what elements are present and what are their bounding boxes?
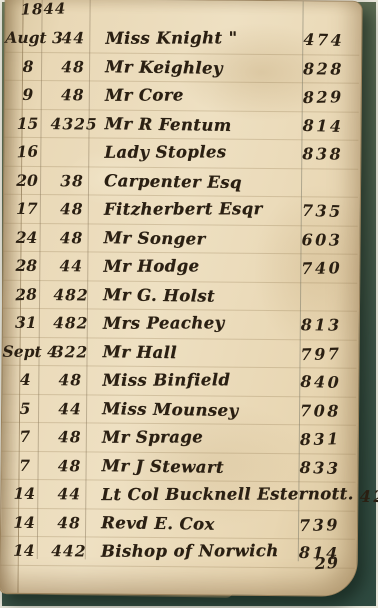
entry-reference: 838: [296, 145, 358, 165]
entry-name: Mr Hodge: [93, 256, 295, 276]
entry-name: Revd E. Cox: [91, 513, 293, 535]
entry-number: 44: [49, 256, 93, 275]
entry-name: Miss Knight ": [95, 28, 297, 48]
entry-number: 44: [51, 28, 95, 47]
entry-number: 48: [50, 199, 94, 218]
entry-date: 16: [4, 141, 51, 162]
entry-reference: 422: [354, 487, 378, 507]
year-heading: 1844: [20, 0, 66, 19]
entry-reference: [295, 296, 357, 298]
entry-number: 48: [50, 228, 94, 247]
entry-date: 31: [3, 313, 49, 332]
ledger-row: 7 48 Mr Sprage 831: [2, 423, 356, 455]
ledger-row: 8 48 Mr Keighley 828: [5, 52, 359, 84]
entry-reference: 474: [297, 30, 359, 51]
entry-reference: 814: [296, 115, 358, 136]
entry-date: 17: [4, 199, 50, 218]
entry-date: 7: [2, 455, 48, 474]
ledger-row: 14 48 Revd E. Cox 739: [1, 508, 355, 540]
entry-number: 322: [49, 342, 93, 361]
ledger-row: 5 44 Miss Mounsey 708: [2, 394, 356, 426]
entry-name: Mr Songer: [93, 228, 295, 250]
ledger-row: 31 482 Mrs Peachey 813: [3, 309, 357, 341]
ledger-row: 9 48 Mr Core 829: [5, 81, 359, 113]
entry-name: Lt Col Bucknell Esternott.: [91, 484, 353, 504]
entry-date: 4: [2, 370, 48, 389]
entry-number: 442: [47, 541, 91, 560]
entry-name: Mr G. Holst: [93, 285, 295, 307]
ledger-rows: Augt 3 44 Miss Knight " 474 8 48 Mr Keig…: [1, 24, 360, 569]
entry-date: 7: [1, 426, 48, 447]
ledger-row: 28 482 Mr G. Holst: [3, 280, 357, 312]
entry-name: Mr Hall: [92, 342, 294, 364]
entry-name: Miss Binfield: [92, 370, 294, 390]
entry-name: Mr R Fentum: [94, 114, 296, 136]
ledger-row: 16 Lady Stoples 838: [4, 138, 358, 170]
entry-number: 4325: [51, 114, 95, 133]
ledger-row: 24 48 Mr Songer 603: [3, 223, 357, 255]
entry-number: 44: [48, 399, 92, 418]
entry-reference: 739: [293, 514, 355, 535]
ledger-page: 1844 Augt 3 44 Miss Knight " 474 8 48 Mr…: [0, 0, 363, 597]
entry-name: Mr J Stewart: [91, 456, 293, 478]
entry-number: 44: [47, 484, 91, 503]
entry-name: Bishop of Norwich: [91, 541, 293, 561]
entry-number: 482: [49, 313, 93, 332]
ledger-row: Augt 3 44 Miss Knight " 474: [5, 24, 359, 56]
entry-date: Sept 4: [3, 341, 49, 360]
ledger-row: 15 4325 Mr R Fentum 814: [4, 109, 358, 141]
entry-number: 48: [48, 456, 92, 475]
entry-number: 38: [50, 171, 94, 190]
entry-reference: 829: [297, 87, 359, 108]
entry-reference: 603: [296, 230, 358, 250]
entry-name: Mr Core: [95, 85, 297, 105]
entry-name: Mr Sprage: [92, 427, 294, 447]
entry-name: Mr Keighley: [95, 57, 297, 79]
entry-number: 482: [49, 285, 93, 304]
entry-reference: 735: [296, 201, 358, 222]
entry-number: 48: [48, 427, 92, 446]
entry-date: Augt 3: [5, 28, 51, 47]
entry-date: 28: [3, 256, 49, 275]
entry-name: Carpenter Esq: [94, 171, 296, 193]
entry-date: 14: [1, 484, 47, 503]
entry-reference: 740: [295, 258, 357, 279]
ledger-row: Sept 4 322 Mr Hall 797: [2, 337, 356, 369]
ledger-row: 14 442 Bishop of Norwich 814: [1, 537, 355, 569]
entry-number: 48: [48, 370, 92, 389]
entry-reference: 813: [295, 316, 357, 336]
entry-reference: 840: [294, 372, 356, 393]
entry-date: 15: [5, 113, 51, 132]
entry-reference: 831: [294, 429, 356, 450]
entry-date: 5: [2, 398, 48, 417]
entry-date: 20: [4, 170, 50, 189]
ledger-row: 20 38 Carpenter Esq: [4, 166, 358, 198]
entry-name: Miss Mounsey: [92, 399, 294, 421]
entry-date: 28: [3, 284, 50, 305]
entry-name: Mrs Peachey: [93, 313, 295, 333]
ledger-row: 28 44 Mr Hodge 740: [3, 252, 357, 284]
ledger-row: 14 44 Lt Col Bucknell Esternott. 422: [1, 480, 355, 512]
entry-reference: 797: [294, 343, 356, 364]
entry-date: 9: [5, 85, 51, 104]
entry-number: 48: [47, 513, 91, 532]
entry-date: 14: [1, 512, 47, 531]
scan-background: 1844 Augt 3 44 Miss Knight " 474 8 48 Mr…: [0, 0, 378, 608]
entry-date: 24: [4, 227, 50, 246]
entry-number: 48: [51, 57, 95, 76]
ledger-row: 7 48 Mr J Stewart 833: [1, 451, 355, 483]
entry-date: 8: [5, 56, 51, 75]
entry-reference: 828: [297, 59, 359, 79]
entry-date: 14: [1, 541, 47, 560]
ledger-row: 17 48 Fitzherbert Esqr 735: [4, 195, 358, 227]
entry-name: Lady Stoples: [94, 142, 296, 162]
ledger-row: 4 48 Miss Binfield 840: [2, 366, 356, 398]
entry-reference: 833: [293, 457, 355, 478]
page-number: 29: [314, 553, 339, 573]
entry-number: 48: [51, 85, 95, 104]
entry-name: Fitzherbert Esqr: [94, 199, 296, 219]
entry-reference: 708: [294, 401, 356, 421]
entry-reference: [296, 182, 358, 184]
